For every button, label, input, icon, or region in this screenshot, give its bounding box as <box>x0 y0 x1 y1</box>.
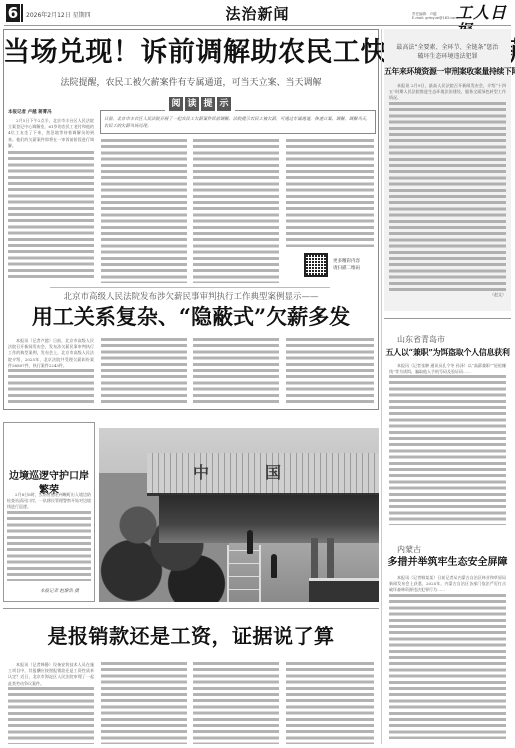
lead-summary-tag: 阅 读 提 示 <box>165 97 235 111</box>
scaffold <box>227 545 261 602</box>
text-lines <box>8 687 94 744</box>
checkpoint-canopy <box>159 495 379 543</box>
bottom-article-body-start: 本报讯（记者韩静）设备安装技术人员在施工项目中，其报酬应按照报销款还是工资性质来… <box>8 662 94 687</box>
middle-article-body-col2 <box>101 338 187 406</box>
bottom-article-body-col3 <box>193 662 279 744</box>
text-lines <box>389 375 506 525</box>
lead-tag-char: 提 <box>201 97 215 111</box>
bottom-article-headline[interactable]: 是报销款还是工资，证据说了算 <box>3 623 379 649</box>
qr-code[interactable] <box>304 253 328 277</box>
middle-article-headline[interactable]: 用工关系复杂、“隐蔽式”欠薪多发 <box>3 303 379 331</box>
text-lines <box>389 594 506 739</box>
middle-article-body-start: 本报讯（记者卢越）日前，北京市高级人民法院召开新闻发布会，发布涉欠薪民事审判执行… <box>8 338 94 369</box>
right-rail-story2-location: 山东省青岛市 <box>397 334 445 345</box>
right-rail-story3-body-start: 本报讯（记者韩某某）日前记者从内蒙古自治区林业和草原局新闻发布会上获悉，2025… <box>389 575 506 594</box>
bottom-article-body-col4 <box>286 662 374 744</box>
right-rail-story1-headline[interactable]: 五年来环境资源一审刑案收案量持续下降 <box>384 66 511 78</box>
top-article-headline[interactable]: 当场兑现！诉前调解助农民工快速拿回欠薪 <box>3 36 379 70</box>
right-rail-story1-end-mark: （赵文） <box>389 292 506 298</box>
checkpoint-roof: 中 国 <box>147 453 379 496</box>
right-rail-story3-body: 本报讯（记者韩某某）日前记者从内蒙古自治区林业和草原局新闻发布会上获悉，2025… <box>389 575 506 744</box>
middle-article-kicker: 北京市高级人民法院发布涉欠薪民事审判执行工作典型案例显示—— <box>3 292 379 303</box>
section-divider <box>384 318 511 319</box>
lead-tag-char: 阅 <box>169 97 183 111</box>
photo-credit: 本报记者 赵黎浩 摄 <box>40 589 79 595</box>
masthead-divider <box>4 25 511 26</box>
top-article-body-col1: 2月5日下午2点半，北京市丰台区人民法院立案登记中心调解室，61岁的农民工老付和… <box>8 118 94 283</box>
top-article-body-col4 <box>286 139 374 247</box>
roof-sign-char: 中 <box>193 464 209 482</box>
officer-figure <box>271 554 277 578</box>
bottom-article-body-col1: 本报讯（记者韩静）设备安装技术人员在施工项目中，其报酬应按照报销款还是工资性质来… <box>8 662 94 744</box>
photo-feature-body-start: 2月8日8时，云南省德宏州畹町出入境边防检查站清河口岸，一队移民管理警察开始对边… <box>7 492 91 511</box>
middle-article-body-col3 <box>193 338 279 406</box>
bottom-article-body-col2 <box>101 662 187 744</box>
qr-caption: 更多精彩内容 请扫描二维码 <box>333 258 373 272</box>
middle-article-body-col1: 本报讯（记者卢越）日前，北京市高级人民法院召开新闻发布会，发布涉欠薪民事审判执行… <box>8 338 94 406</box>
right-rail-story2-body: 本报讯（记者张翀 通讯员孔令冬 孙泽）以“高薪兼职”“轻松赚钱”等为诱饵，骗取他… <box>389 363 506 535</box>
officer-figure <box>247 530 253 554</box>
right-rail-story2-body-start: 本报讯（记者张翀 通讯员孔令冬 孙泽）以“高薪兼职”“轻松赚钱”等为诱饵，骗取他… <box>389 363 506 375</box>
top-article-body-col3 <box>193 139 279 283</box>
right-rail-story3-location: 内蒙古 <box>397 544 421 555</box>
top-article-byline: 本报记者 卢越 蒋菁冯 <box>8 110 52 116</box>
editor-line: 责任编辑：卢越 E-mail: grrbyue@163.com <box>412 12 458 20</box>
text-lines <box>7 511 91 581</box>
top-article-subheadline: 法院提醒，农民工被欠薪案件有专属通道，可当天立案、当天调解 <box>3 77 379 89</box>
text-lines <box>8 151 94 281</box>
section-divider <box>50 287 330 288</box>
right-rail-story1-kicker: 最高法“全要素、全环节、全链条”惩治破坏生态环境违法犯罪 <box>384 43 511 61</box>
photo-feature-body: 2月8日8时，云南省德宏州畹町出入境边防检查站清河口岸，一队移民管理警察开始对边… <box>7 492 91 587</box>
right-rail-story1-body: 本报讯 2月9日，最高人民法院召开新闻发布会，介绍“十四五”时期人民法院推进生态… <box>389 83 506 306</box>
lead-summary-text: 日前，北京市丰台区人民法院开展了一起农民工欠薪案件诉前调解。法院提示农民工被欠薪… <box>104 116 372 130</box>
section-divider <box>3 608 379 609</box>
column-divider <box>381 29 382 744</box>
top-article-body-start: 2月5日下午2点半，北京市丰台区人民法院立案登记中心调解室，61岁的农民工老付和… <box>8 118 94 149</box>
top-article-body-col2 <box>101 139 187 283</box>
right-rail-story3-headline[interactable]: 多措并举筑牢生态安全屏障 <box>384 556 511 570</box>
lead-tag-char: 读 <box>185 97 199 111</box>
guard-booth <box>309 578 379 602</box>
right-rail-story2-headline[interactable]: 五人以“兼职”为饵盗取个人信息获利 <box>384 346 511 359</box>
text-lines <box>8 369 94 406</box>
middle-article-body-col4 <box>286 338 374 406</box>
right-rail-story1-body-start: 本报讯 2月9日，最高人民法院召开新闻发布会，介绍“十四五”时期人民法院推进生态… <box>389 83 506 102</box>
lead-tag-char: 示 <box>217 97 231 111</box>
border-checkpoint-photo[interactable]: 中 国 <box>99 428 379 602</box>
roof-sign-char: 国 <box>265 464 281 482</box>
text-lines <box>389 102 506 292</box>
